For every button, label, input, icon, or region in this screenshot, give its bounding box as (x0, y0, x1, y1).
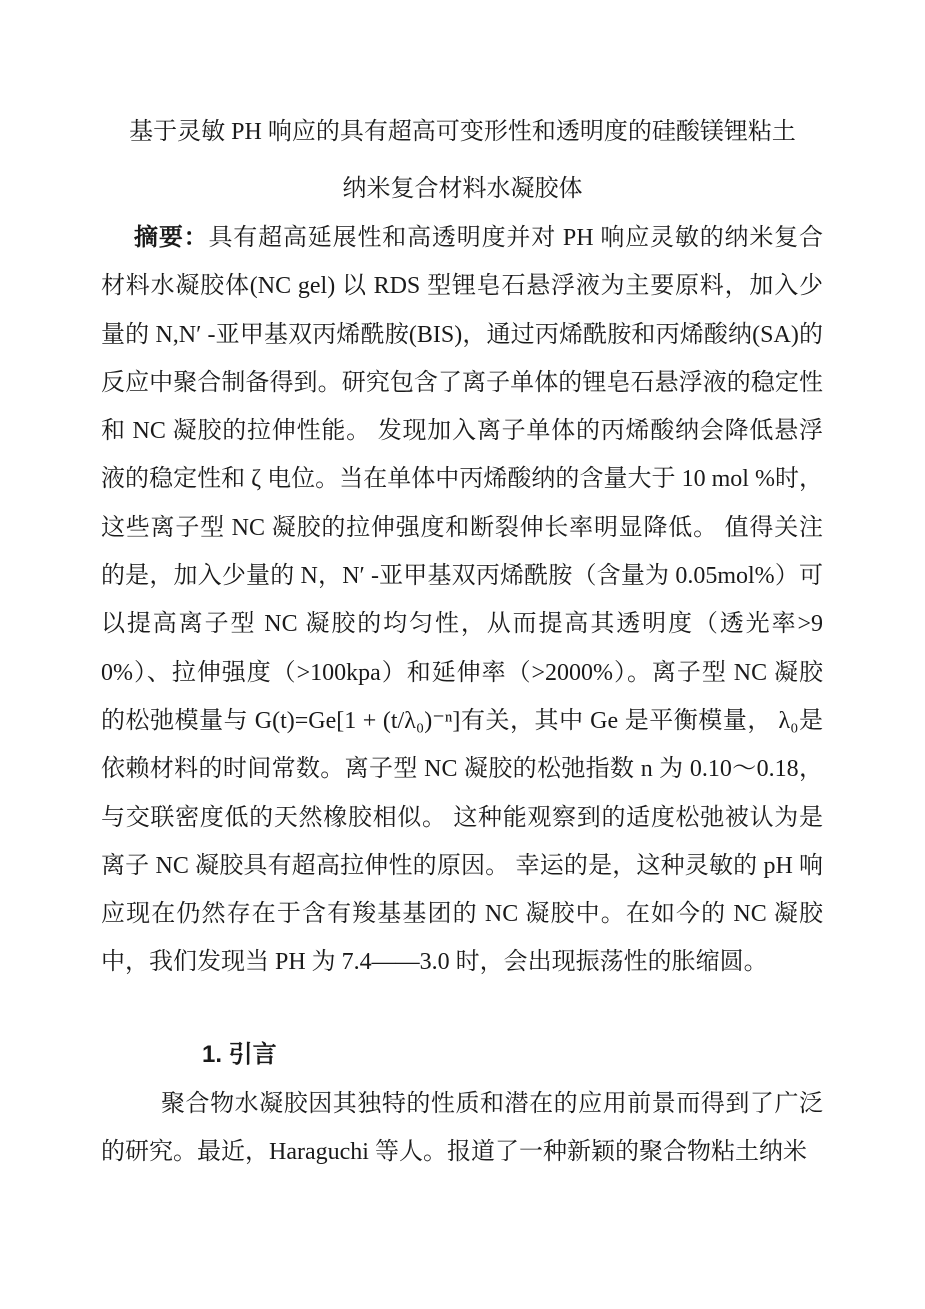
section-heading-introduction: 1. 引言 (202, 1031, 277, 1079)
document-title: 基于灵敏 PH 响应的具有超高可变形性和透明度的硅酸镁锂粘土 纳米复合材料水凝胶… (0, 104, 925, 218)
document-title-line2: 纳米复合材料水凝胶体 (0, 161, 925, 218)
abstract-paragraph: 摘要：具有超高延展性和高透明度并对 PH 响应灵敏的纳米复合材料水凝胶体(NC … (101, 214, 823, 987)
document-title-line1: 基于灵敏 PH 响应的具有超高可变形性和透明度的硅酸镁锂粘土 (0, 104, 925, 161)
abstract-label: 摘要： (134, 224, 208, 251)
document-page: { "document": { "title": { "line1": "基于灵… (0, 0, 925, 1309)
introduction-paragraph: 聚合物水凝胶因其独特的性质和潜在的应用前景而得到了广泛的研究。最近，Haragu… (101, 1080, 823, 1177)
abstract-text: 具有超高延展性和高透明度并对 PH 响应灵敏的纳米复合材料水凝胶体(NC gel… (101, 225, 823, 975)
